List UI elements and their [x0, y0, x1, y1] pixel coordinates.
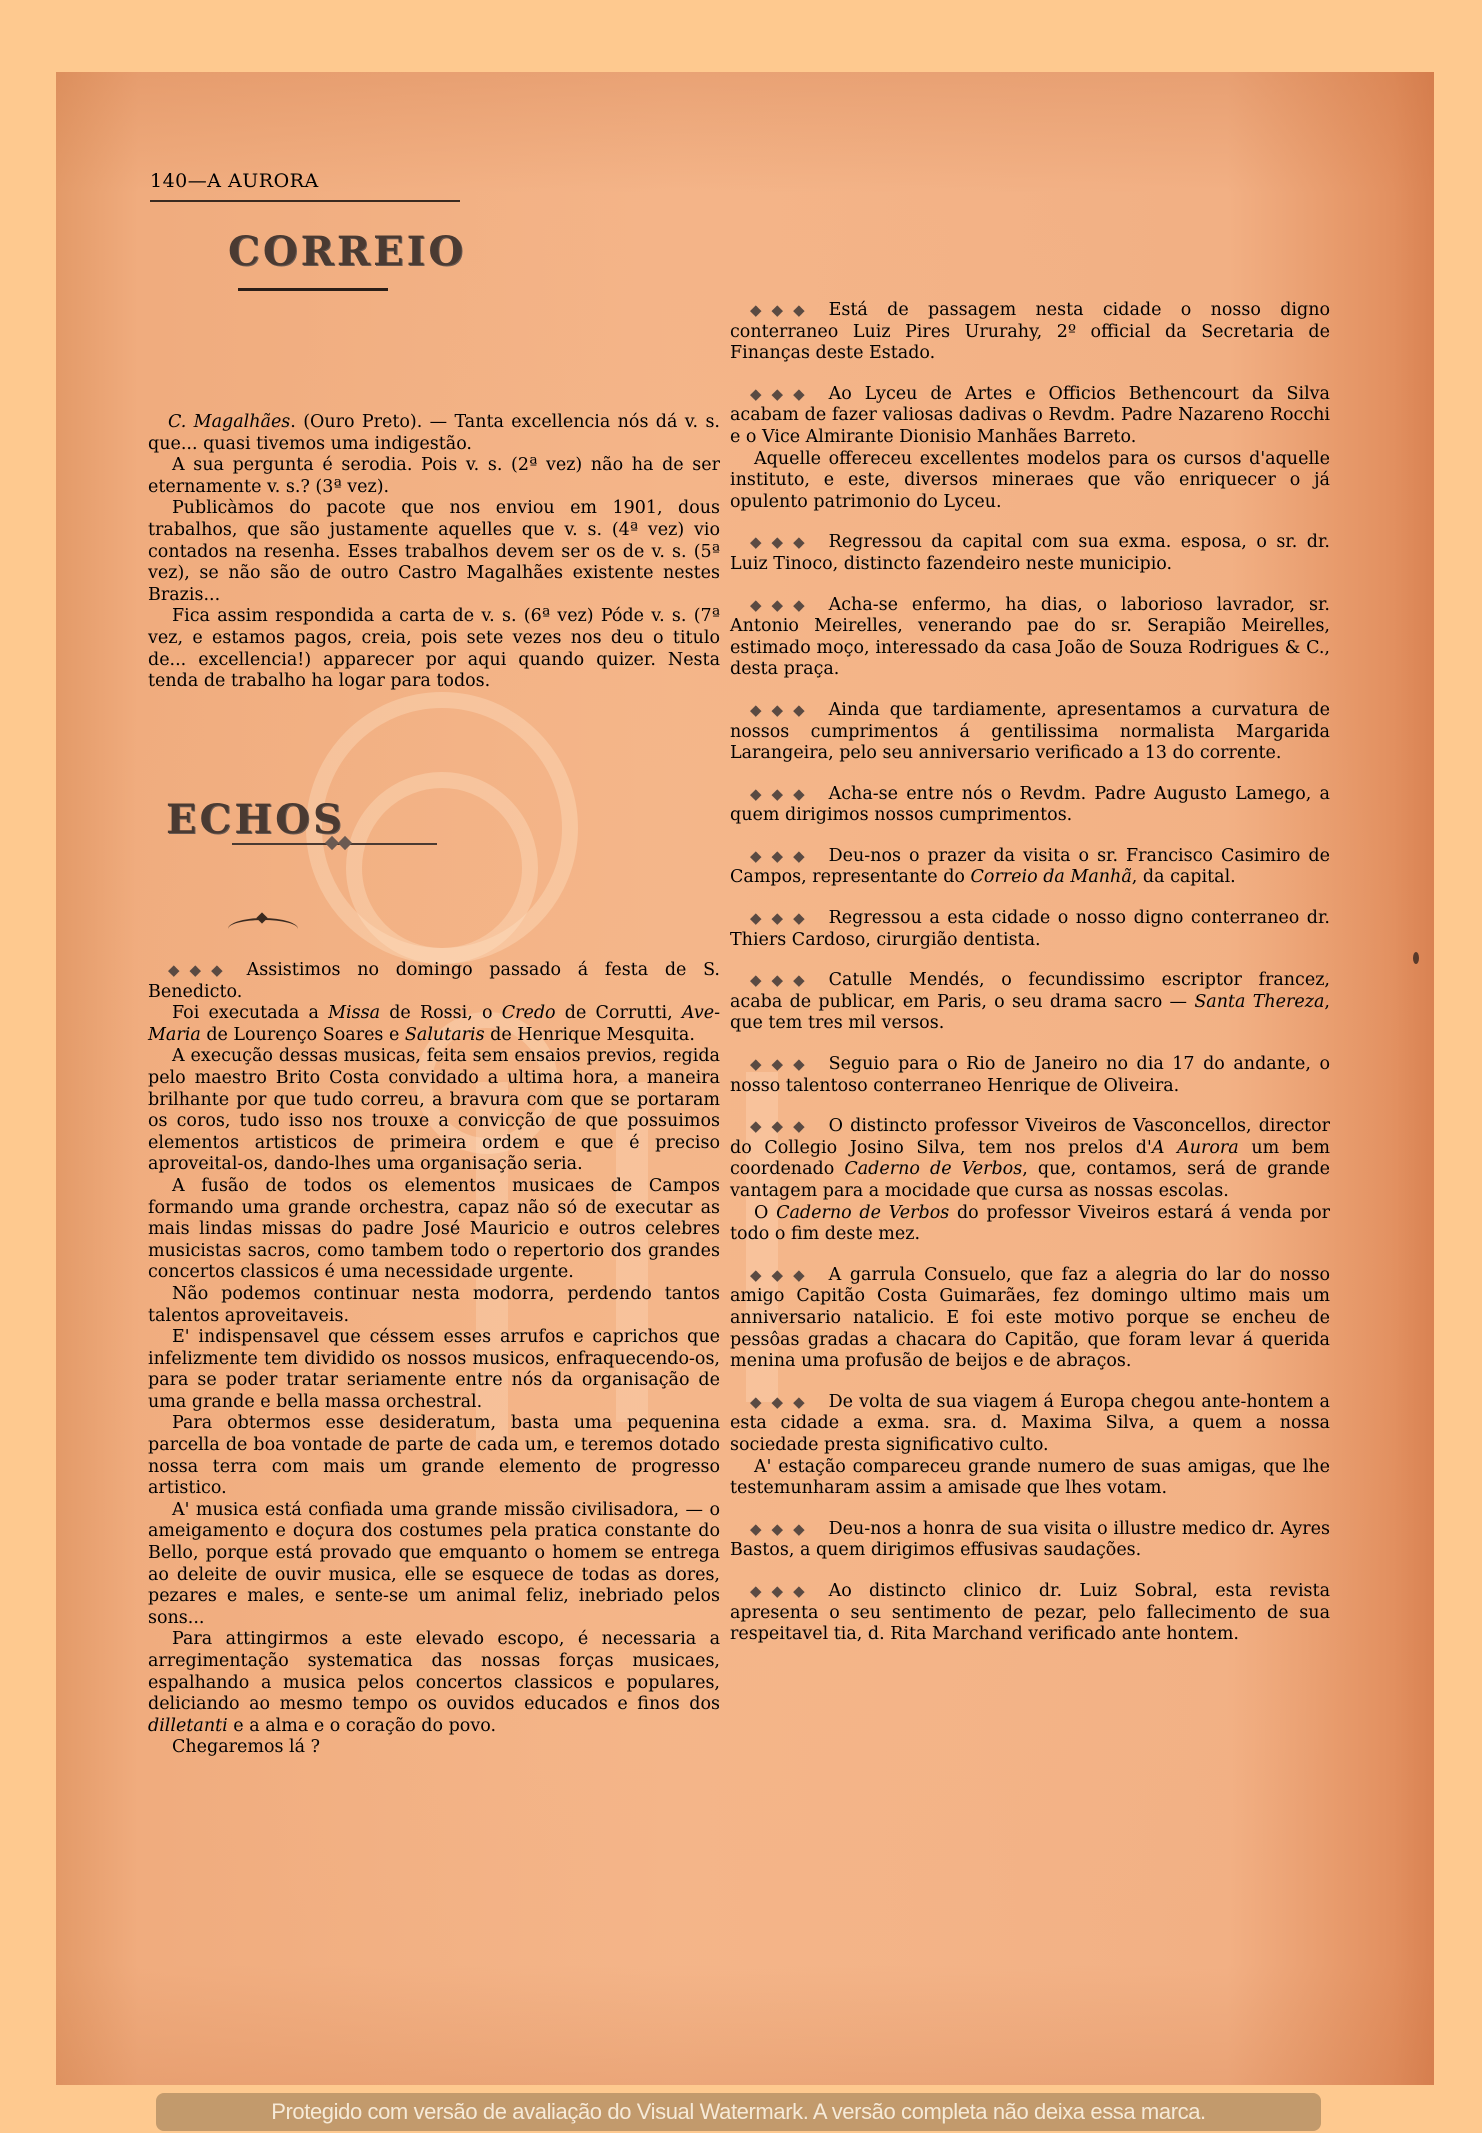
italic-title: Missa: [328, 1003, 380, 1023]
running-head: 140—A AURORA: [150, 170, 460, 202]
news-item: ◆◆◆Está de passagem nesta cidade o nosso…: [730, 300, 1330, 365]
title-ornament-arc: [228, 918, 298, 940]
diamond-bullets-icon: ◆◆◆: [750, 700, 815, 722]
italic-name: C. Magalhães: [168, 412, 290, 432]
echos-paragraph: Chegaremos lá ?: [148, 1737, 720, 1759]
correio-paragraph: C. Magalhães. (Ouro Preto). — Tanta exce…: [148, 412, 720, 455]
news-item: ◆◆◆De volta de sua viagem á Europa chego…: [730, 1392, 1330, 1500]
diamond-bullets-icon: ◆◆◆: [750, 1116, 815, 1138]
correio-column: C. Magalhães. (Ouro Preto). — Tanta exce…: [148, 412, 720, 693]
italic-title: Caderno de Verbos: [776, 1203, 949, 1223]
news-paragraph: O Caderno de Verbos do professor Viveiro…: [730, 1203, 1330, 1246]
correio-paragraph: A sua pergunta é serodia. Pois v. s. (2ª…: [148, 455, 720, 498]
news-paragraph: ◆◆◆Seguio para o Rio de Janeiro no dia 1…: [730, 1054, 1330, 1097]
diamond-bullets-icon: ◆◆◆: [750, 1054, 815, 1076]
correio-paragraph: Publicàmos do pacote que nos enviou em 1…: [148, 498, 720, 606]
watermark-logo-ring: [306, 692, 578, 964]
section-title-echos: ECHOS: [166, 796, 345, 843]
echos-paragraph: Para attingirmos a este elevado escopo, …: [148, 1629, 720, 1737]
news-paragraph: ◆◆◆Ao distincto clinico dr. Luiz Sobral,…: [730, 1581, 1330, 1646]
news-item: ◆◆◆Ainda que tardiamente, apresentamos a…: [730, 700, 1330, 765]
news-item: ◆◆◆Deu-nos a honra de sua visita o illus…: [730, 1519, 1330, 1562]
echos-left-column: ◆◆◆Assistimos no domingo passado á festa…: [148, 960, 720, 1759]
news-item: ◆◆◆Acha-se enfermo, ha dias, o laborioso…: [730, 595, 1330, 681]
news-item: ◆◆◆Deu-nos o prazer da visita o sr. Fran…: [730, 846, 1330, 889]
news-paragraph: A' estação compareceu grande numero de s…: [730, 1457, 1330, 1500]
news-paragraph: ◆◆◆Regressou da capital com sua exma. es…: [730, 532, 1330, 575]
diamond-bullets-icon: ◆◆◆: [750, 595, 815, 617]
echos-paragraph: Foi executada a Missa de Rossi, o Credo …: [148, 1003, 720, 1046]
news-paragraph: ◆◆◆Ainda que tardiamente, apresentamos a…: [730, 700, 1330, 765]
news-paragraph: ◆◆◆Deu-nos o prazer da visita o sr. Fran…: [730, 846, 1330, 889]
echos-paragraph: A fusão de todos os elementos musicaes d…: [148, 1176, 720, 1284]
echos-paragraph: A execução dessas musicas, feita sem ens…: [148, 1046, 720, 1176]
echos-paragraph: E' indispensavel que céssem esses arrufo…: [148, 1327, 720, 1413]
news-item: ◆◆◆O distincto professor Viveiros de Vas…: [730, 1116, 1330, 1246]
diamond-bullets-icon: ◆◆◆: [750, 1519, 815, 1541]
echos-right-column: ◆◆◆Está de passagem nesta cidade o nosso…: [730, 300, 1330, 1665]
watermark-notice: Protegido com versão de avaliação do Vis…: [156, 2093, 1321, 2131]
diamond-bullets-icon: ◆◆◆: [750, 532, 815, 554]
diamond-bullets-icon: ◆◆◆: [750, 784, 815, 806]
news-item: ◆◆◆Regressou a esta cidade o nosso digno…: [730, 908, 1330, 951]
news-item: ◆◆◆Ao Lyceu de Artes e Officios Bethenco…: [730, 384, 1330, 514]
diamond-bullets-icon: ◆◆◆: [750, 846, 815, 868]
italic-title: Credo: [502, 1003, 556, 1023]
italic-title: Caderno de Verbos: [844, 1159, 1022, 1179]
news-paragraph: ◆◆◆Regressou a esta cidade o nosso digno…: [730, 908, 1330, 951]
diamond-bullets-icon: ◆◆◆: [750, 1392, 815, 1414]
news-paragraph: ◆◆◆Acha-se enfermo, ha dias, o laborioso…: [730, 595, 1330, 681]
news-paragraph: ◆◆◆A garrula Consuelo, que faz a alegria…: [730, 1265, 1330, 1373]
news-item: ◆◆◆Catulle Mendés, o fecundissimo escrip…: [730, 970, 1330, 1035]
news-paragraph: ◆◆◆Deu-nos a honra de sua visita o illus…: [730, 1519, 1330, 1562]
diamond-bullets-icon: ◆◆◆: [750, 300, 815, 322]
news-paragraph: Aquelle offereceu excellentes modelos pa…: [730, 449, 1330, 514]
news-paragraph: ◆◆◆Ao Lyceu de Artes e Officios Bethenco…: [730, 384, 1330, 449]
echos-paragraph: Não podemos continuar nesta modorra, per…: [148, 1284, 720, 1327]
italic-title: Salutaris: [405, 1025, 485, 1045]
news-paragraph: ◆◆◆Está de passagem nesta cidade o nosso…: [730, 300, 1330, 365]
correio-paragraph: Fica assim respondida a carta de v. s. (…: [148, 606, 720, 692]
diamond-bullets-icon: ◆◆◆: [750, 908, 815, 930]
news-item: ◆◆◆Ao distincto clinico dr. Luiz Sobral,…: [730, 1581, 1330, 1646]
watermark-logo-ring: [346, 772, 538, 964]
news-paragraph: ◆◆◆De volta de sua viagem á Europa chego…: [730, 1392, 1330, 1457]
diamond-bullets-icon: ◆◆◆: [750, 1265, 815, 1287]
echos-paragraph: Para obtermos esse desideratum, basta um…: [148, 1413, 720, 1499]
paper-speck: [1413, 952, 1419, 964]
news-paragraph: ◆◆◆O distincto professor Viveiros de Vas…: [730, 1116, 1330, 1202]
diamond-bullets-icon: ◆◆◆: [750, 1581, 815, 1603]
news-item: ◆◆◆A garrula Consuelo, que faz a alegria…: [730, 1265, 1330, 1373]
news-item: ◆◆◆Regressou da capital com sua exma. es…: [730, 532, 1330, 575]
news-paragraph: ◆◆◆Acha-se entre nós o Revdm. Padre Augu…: [730, 784, 1330, 827]
italic-title: Correio da Manhã: [971, 867, 1132, 887]
echos-paragraph: A' musica está confiada uma grande missã…: [148, 1500, 720, 1630]
news-paragraph: ◆◆◆Catulle Mendés, o fecundissimo escrip…: [730, 970, 1330, 1035]
diamond-bullets-icon: ◆◆◆: [750, 970, 815, 992]
italic-title: A Aurora: [1152, 1138, 1239, 1158]
echos-lead-paragraph: ◆◆◆Assistimos no domingo passado á festa…: [148, 960, 720, 1003]
news-item: ◆◆◆Acha-se entre nós o Revdm. Padre Augu…: [730, 784, 1330, 827]
diamond-bullets-icon: ◆◆◆: [168, 960, 233, 982]
section-title-correio: CORREIO: [228, 228, 466, 275]
italic-title: dilletanti: [148, 1716, 228, 1736]
news-item: ◆◆◆Seguio para o Rio de Janeiro no dia 1…: [730, 1054, 1330, 1097]
diamond-bullets-icon: ◆◆◆: [750, 384, 815, 406]
italic-title: Santa Thereza: [1194, 992, 1324, 1012]
title-rule: [238, 288, 388, 291]
